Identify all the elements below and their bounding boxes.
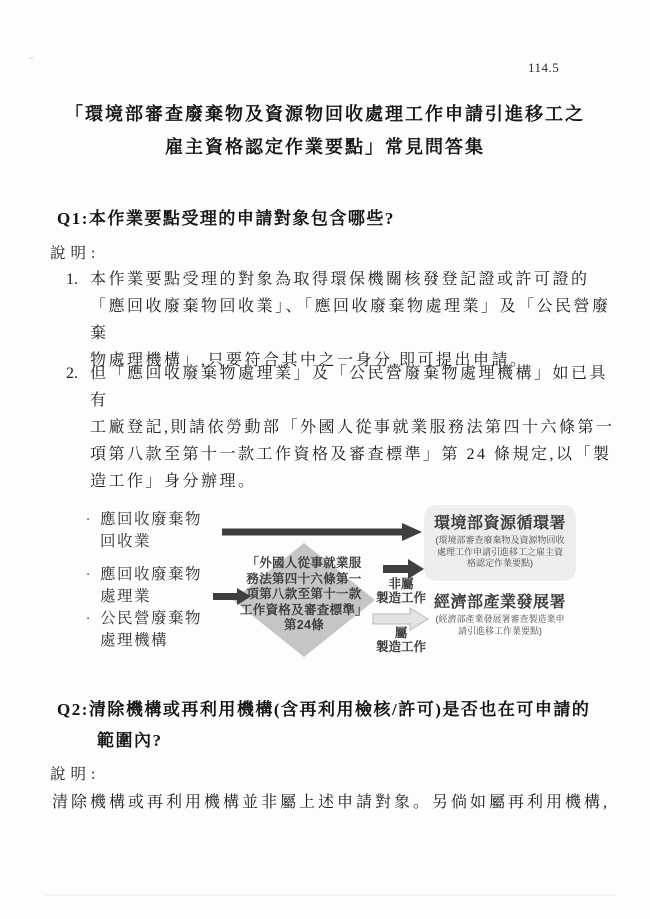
bullet-marker: ‧ [86, 608, 100, 630]
list-number: 1. [66, 266, 90, 374]
list-text: 但「應回收廢棄物處理業」及「公民營廢棄物處理機構」如已具有 工廠登記,則請依勞動… [90, 360, 622, 495]
box-environment-agency-subtitle: (環境部審查廢棄物及資源物回收 處理工作申請引進移工之雇主資 格認定作業要點) [424, 535, 576, 570]
arrow-recycler-to-env [222, 523, 422, 541]
document-page: 114.5 「環境部審查廢棄物及資源物回收處理工作申請引進移工之 雇主資格認定作… [0, 0, 650, 919]
q1-heading: Q1:本作業要點受理的申請對象包含哪些? [57, 203, 395, 234]
q1-list-item-1: 1. 本作業要點受理的對象為取得環保機關核發登記證或許可證的 「應回收廢棄物回收… [66, 266, 622, 374]
page-number: 114.5 [528, 60, 559, 76]
bullet-text: 應回收廢棄物 回收業 [100, 509, 202, 553]
bullet-item-recycler: ‧ 應回收廢棄物 回收業 [86, 509, 202, 553]
document-title: 「環境部審查廢棄物及資源物回收處理工作申請引進移工之 雇主資格認定作業要點」常見… [0, 98, 650, 164]
flow-diagram: ‧ 應回收廢棄物 回收業 ‧ 應回收廢棄物 處理業 ‧ 公民營廢棄物 處理機構 … [0, 500, 650, 675]
scan-artifact [45, 894, 615, 896]
bullet-item-public-private-org: ‧ 公民營廢棄物 處理機構 [86, 608, 202, 652]
q1-explain-label: 說明: [50, 241, 100, 263]
bullet-marker: ‧ [86, 509, 100, 531]
box-environment-agency: 環境部資源循環署 (環境部審查廢棄物及資源物回收 處理工作申請引進移工之雇主資 … [424, 505, 576, 581]
box-economic-agency-subtitle: (經濟部產業發展署審查製造業申 請引進移工作業要點) [424, 614, 576, 637]
q2-paragraph: 清除機構或再利用機構並非屬上述申請對象。另倘如屬再利用機構, [52, 789, 622, 816]
q2-explain-label: 說明: [50, 762, 100, 784]
list-number: 2. [66, 360, 90, 495]
box-economic-agency: 經濟部產業發展署 (經濟部產業發展署審查製造業申 請引進移工作業要點) [424, 593, 576, 637]
box-economic-agency-title: 經濟部產業發展署 [424, 593, 576, 612]
bullet-text: 公民營廢棄物 處理機構 [100, 608, 202, 652]
q2-heading: Q2:清除機構或再利用機構(含再利用檢核/許可)是否也在可申請的 範圍內? [57, 694, 650, 756]
bullet-marker: ‧ [86, 564, 100, 586]
list-text: 本作業要點受理的對象為取得環保機關核發登記證或許可證的 「應回收廢棄物回收業」、… [90, 266, 622, 374]
bullet-text: 應回收廢棄物 處理業 [100, 564, 202, 608]
bullet-item-processor: ‧ 應回收廢棄物 處理業 [86, 564, 202, 608]
scan-artifact [29, 57, 33, 59]
box-environment-agency-title: 環境部資源循環署 [424, 514, 576, 533]
q1-list-item-2: 2. 但「應回收廢棄物處理業」及「公民營廢棄物處理機構」如已具有 工廠登記,則請… [66, 360, 622, 495]
